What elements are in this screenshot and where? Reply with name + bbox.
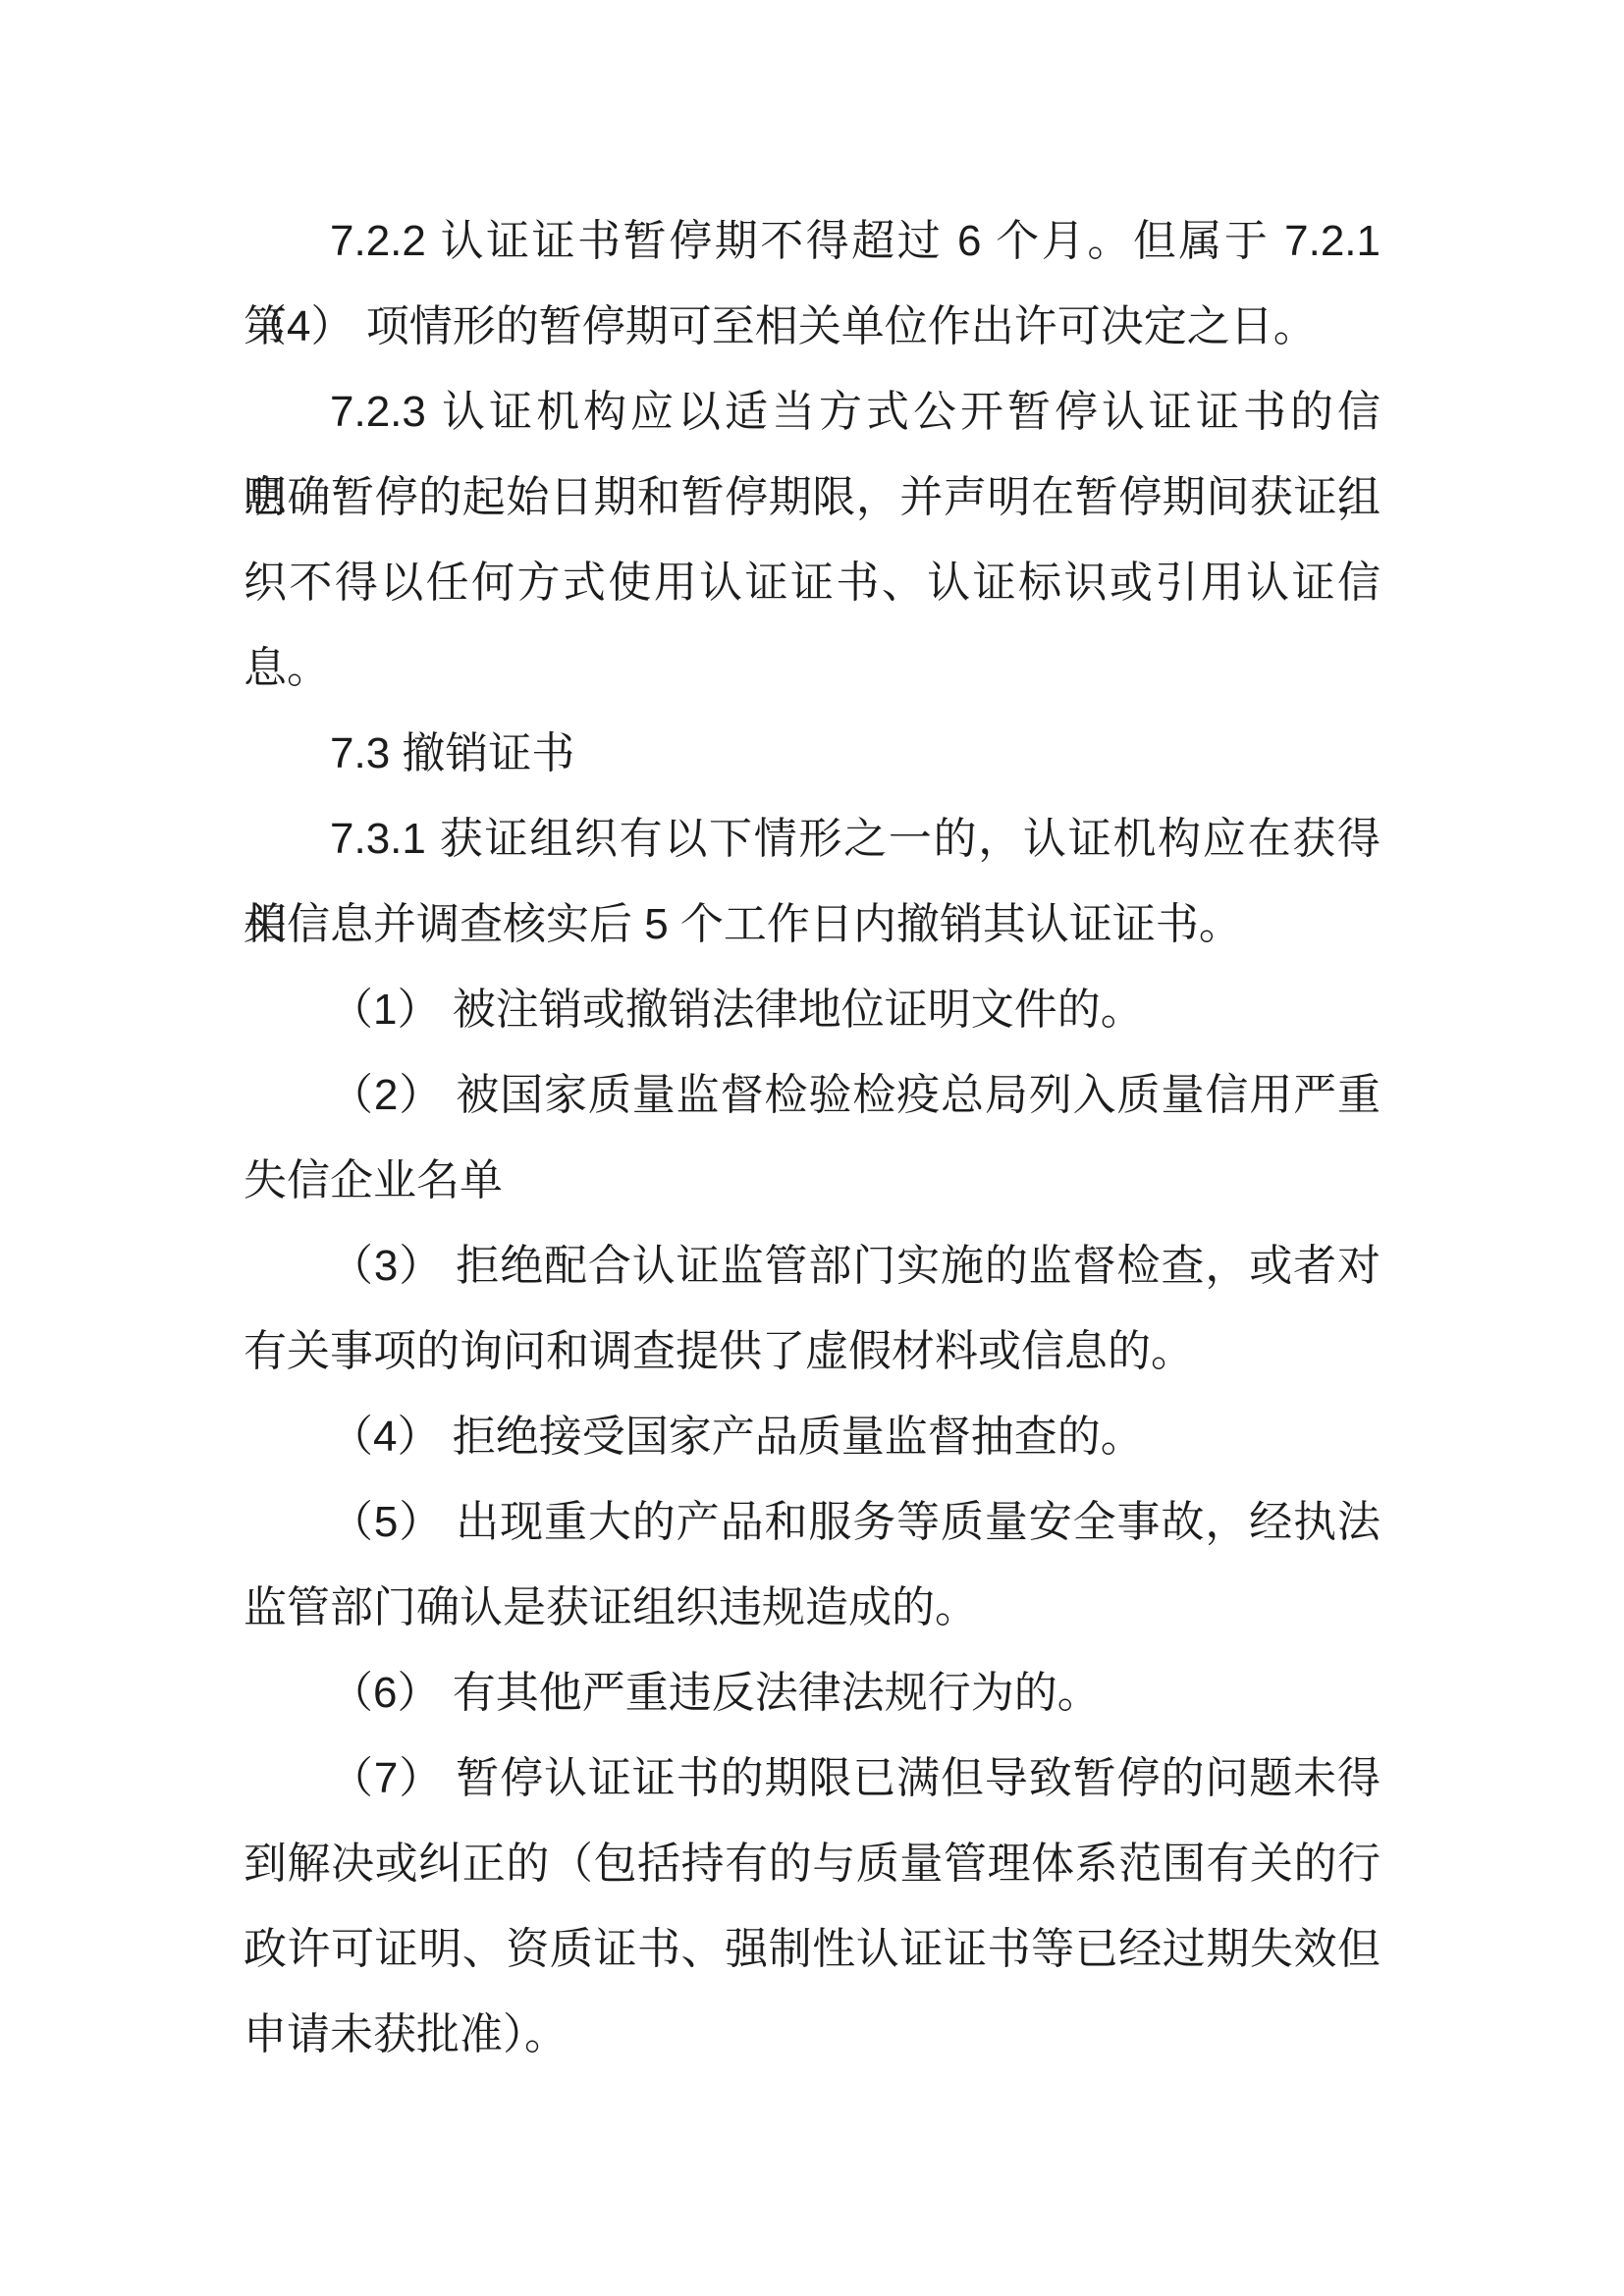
text-line: 明确暂停的起始日期和暂停期限，并声明在暂停期间获证组 bbox=[244, 454, 1380, 540]
text-line: 7.2.2 认证证书暂停期不得超过 6 个月。但属于 7.2.1 第 bbox=[244, 198, 1380, 284]
text-line: 7.2.3 认证机构应以适当方式公开暂停认证证书的信息， bbox=[244, 369, 1380, 454]
text-line: （6） 有其他严重违反法律法规行为的。 bbox=[244, 1650, 1380, 1735]
text-line: 织不得以任何方式使用认证证书、认证标识或引用认证信 bbox=[244, 540, 1380, 625]
text-line: （4） 拒绝接受国家产品质量监督抽查的。 bbox=[244, 1394, 1380, 1479]
document-text-block: 7.2.2 认证证书暂停期不得超过 6 个月。但属于 7.2.1 第（4） 项情… bbox=[244, 198, 1380, 2077]
text-line: 7.3.1 获证组织有以下情形之一的，认证机构应在获得相 bbox=[244, 796, 1380, 881]
text-line: （1） 被注销或撤销法律地位证明文件的。 bbox=[244, 967, 1380, 1052]
document-page: 7.2.2 认证证书暂停期不得超过 6 个月。但属于 7.2.1 第（4） 项情… bbox=[0, 0, 1624, 2296]
text-line: （2） 被国家质量监督检验检疫总局列入质量信用严重 bbox=[244, 1052, 1380, 1138]
text-line: 政许可证明、资质证书、强制性认证证书等已经过期失效但 bbox=[244, 1906, 1380, 1992]
text-line: （4） 项情形的暂停期可至相关单位作出许可决定之日。 bbox=[244, 284, 1380, 369]
text-line: 7.3 撤销证书 bbox=[244, 711, 1380, 796]
text-line: （7） 暂停认证证书的期限已满但导致暂停的问题未得 bbox=[244, 1735, 1380, 1821]
text-line: 有关事项的询问和调查提供了虚假材料或信息的。 bbox=[244, 1308, 1380, 1394]
text-line: 关信息并调查核实后 5 个工作日内撤销其认证证书。 bbox=[244, 881, 1380, 967]
text-line: 申请未获批准）。 bbox=[244, 1992, 1380, 2077]
text-line: 息。 bbox=[244, 625, 1380, 711]
text-line: 失信企业名单 bbox=[244, 1138, 1380, 1223]
text-line: （3） 拒绝配合认证监管部门实施的监督检查，或者对 bbox=[244, 1223, 1380, 1308]
text-line: 到解决或纠正的（包括持有的与质量管理体系范围有关的行 bbox=[244, 1821, 1380, 1906]
text-line: 监管部门确认是获证组织违规造成的。 bbox=[244, 1565, 1380, 1650]
text-line: （5） 出现重大的产品和服务等质量安全事故，经执法 bbox=[244, 1479, 1380, 1565]
